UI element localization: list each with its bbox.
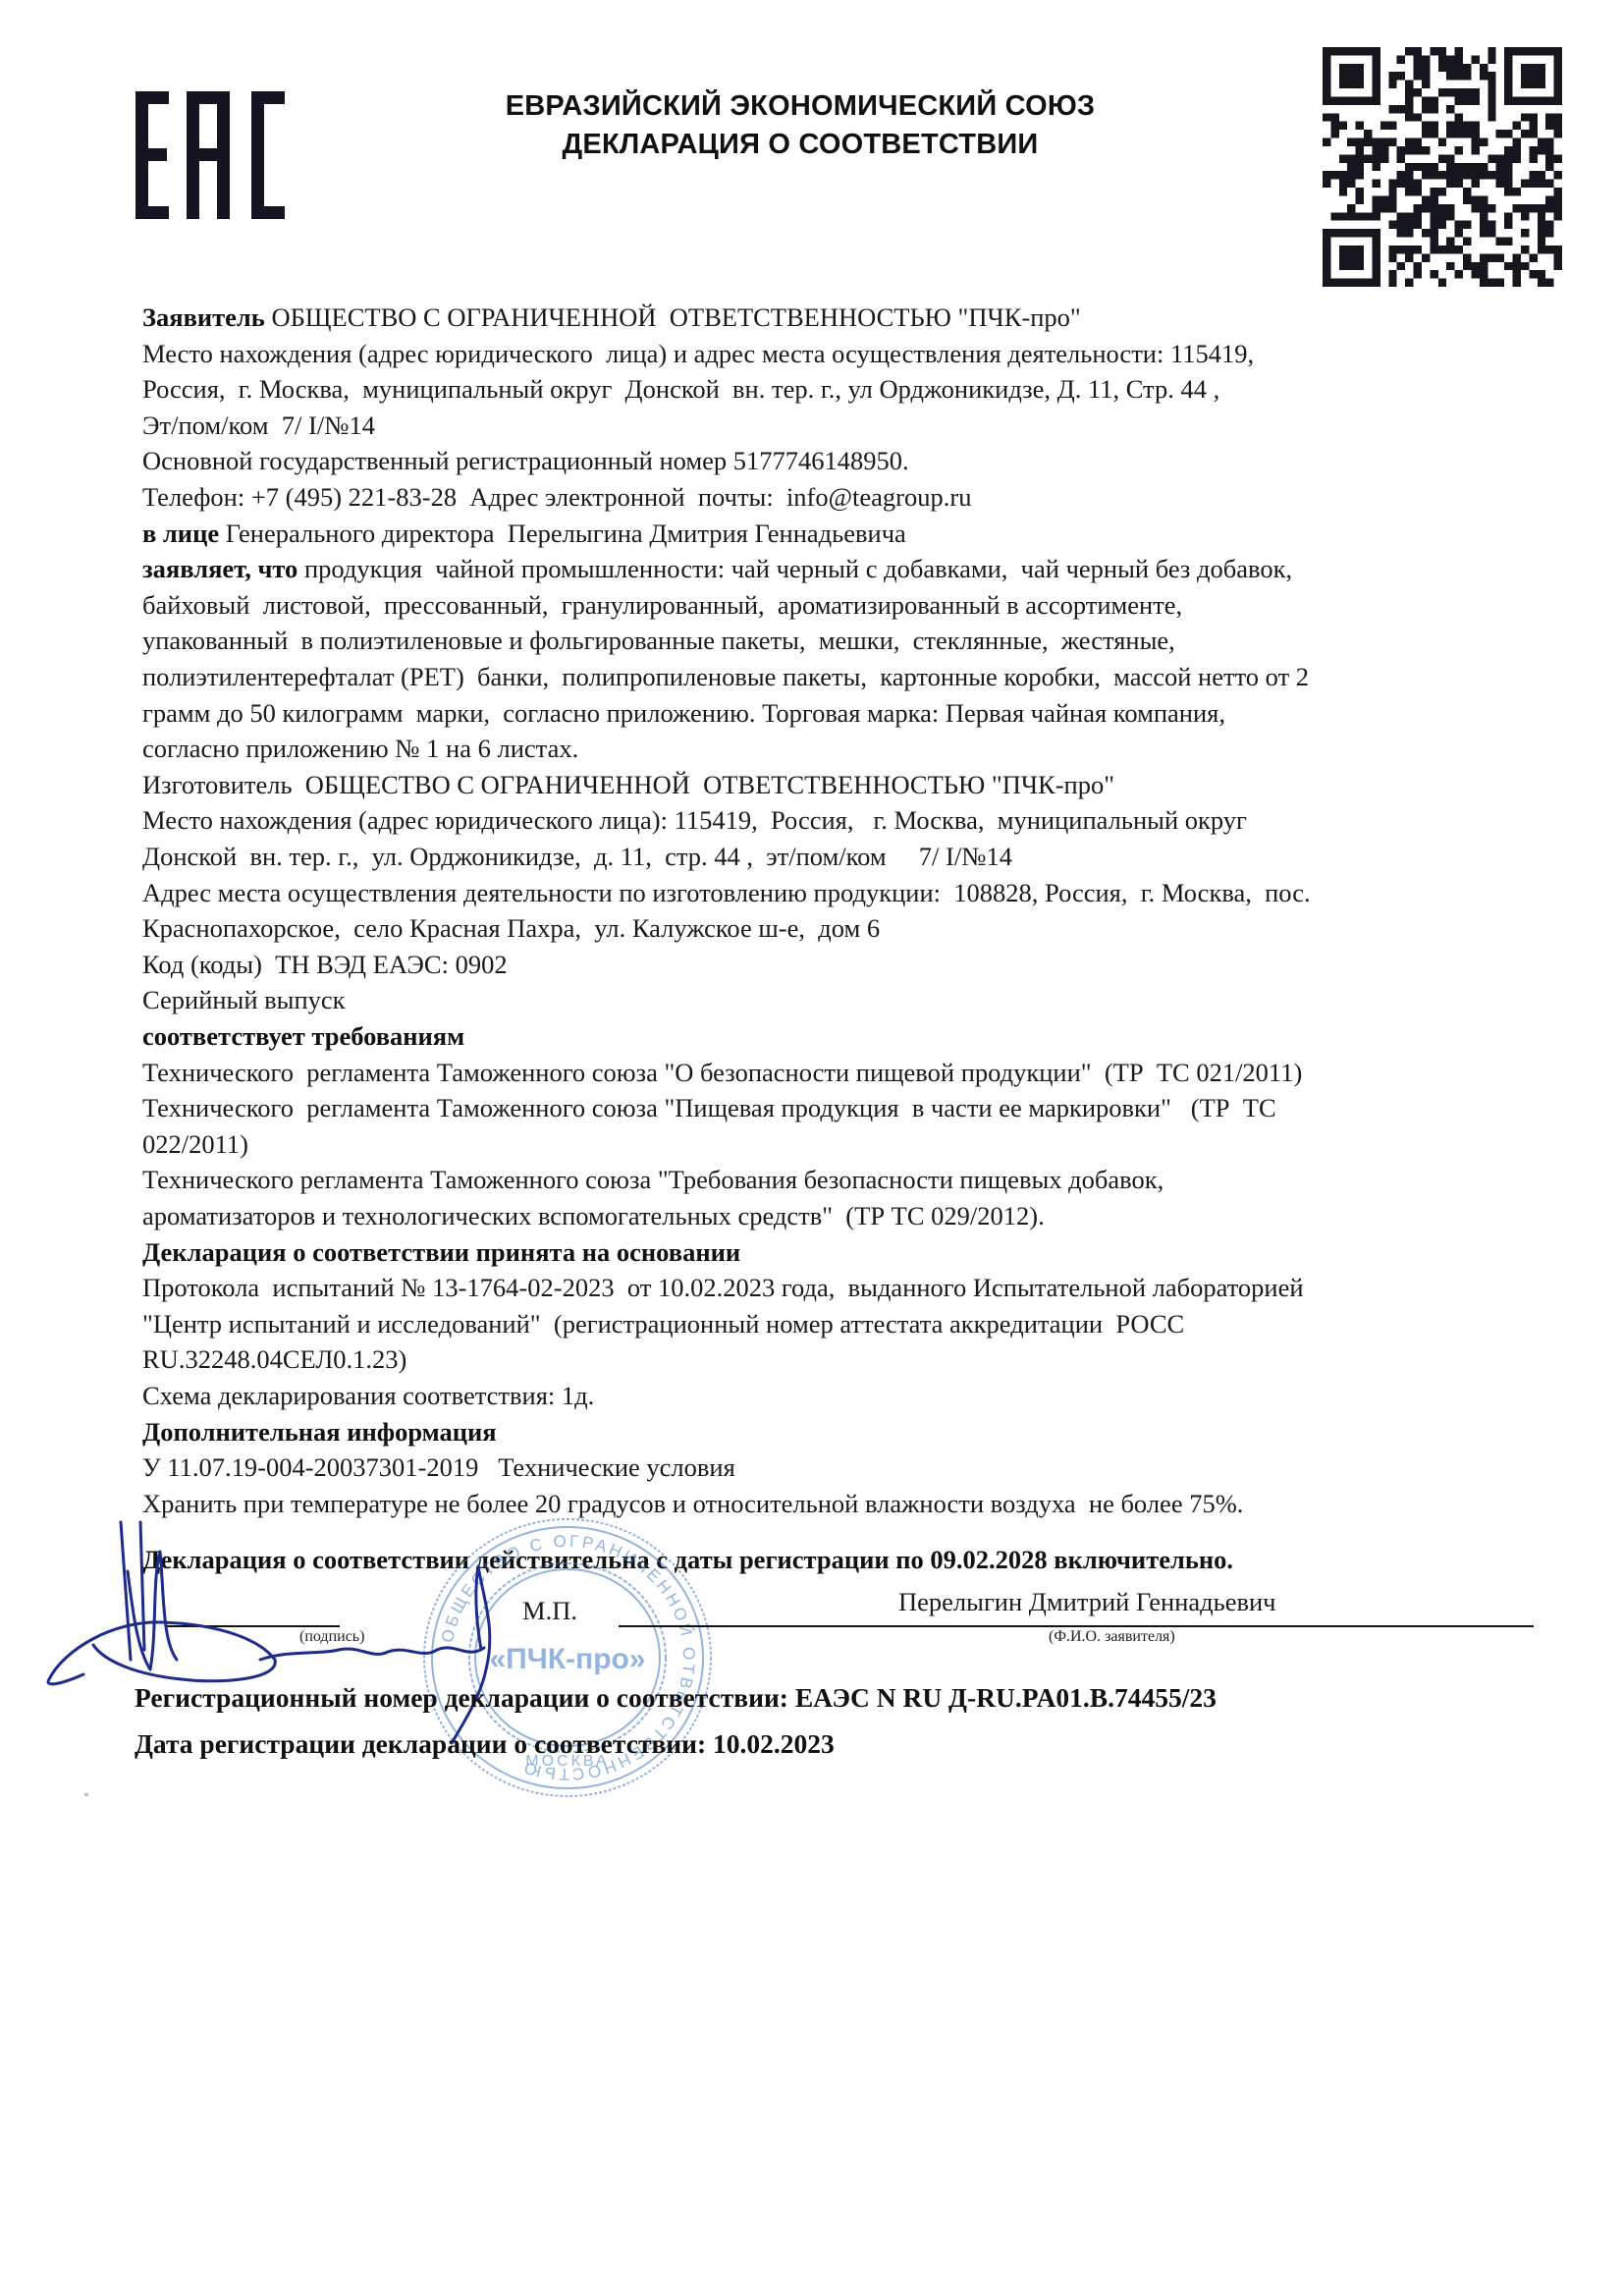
declaration-line-text: Донской вн. тер. г., ул. Орджоникидзе, д… — [142, 842, 1012, 871]
declaration-line-text: байховый листовой, прессованный, гранули… — [142, 590, 1182, 620]
registration-number-label: Регистрационный номер декларации о соотв… — [135, 1682, 788, 1713]
declaration-line-text: Место нахождения (адрес юридического лиц… — [142, 339, 1254, 368]
declaration-line-heading: Дополнительная информация — [142, 1417, 497, 1447]
header-title-declaration: ДЕКЛАРАЦИЯ О СООТВЕТСТВИИ — [432, 129, 1168, 161]
declaration-line: Основной государственный регистрационный… — [142, 446, 909, 475]
registration-date-value: 10.02.2023 — [713, 1728, 835, 1759]
declaration-line-text: Адрес места осуществления деятельности п… — [142, 878, 1311, 907]
declaration-line: Краснопахорское, село Красная Пахра, ул.… — [142, 913, 880, 943]
declaration-line: Заявитель ОБЩЕСТВО С ОГРАНИЧЕННОЙ ОТВЕТС… — [142, 302, 1081, 332]
declaration-line-text: полиэтилентерефталат (РЕТ) банки, полипр… — [142, 662, 1309, 691]
declaration-line-text: Россия, г. Москва, муниципальный округ Д… — [142, 374, 1219, 404]
declaration-line: Место нахождения (адрес юридического лиц… — [142, 339, 1254, 368]
declaration-line-heading: соответствует требованиям — [142, 1021, 464, 1051]
eac-logo-icon — [135, 91, 285, 219]
declaration-line-text: Код (коды) ТН ВЭД ЕАЭС: 0902 — [142, 950, 508, 979]
declaration-line: Эт/пом/ком 7/ I/№14 — [142, 410, 375, 440]
declaration-line: грамм до 50 килограмм марки, согласно пр… — [142, 698, 1225, 728]
declaration-line-text: ароматизаторов и технологических вспомог… — [142, 1201, 1045, 1230]
scan-speck — [84, 1793, 88, 1796]
declaration-line: RU.32248.04СЕЛ0.1.23) — [142, 1344, 406, 1374]
declaration-line-text: Телефон: +7 (495) 221-83-28 Адрес электр… — [142, 482, 971, 512]
declaration-line: упакованный в полиэтиленовые и фольгиров… — [142, 626, 1175, 655]
applicant-name-line — [619, 1625, 1534, 1627]
handwritten-signature-icon — [34, 1512, 663, 1758]
declaration-line: Место нахождения (адрес юридического лиц… — [142, 805, 1247, 835]
declaration-line-heading: заявляет, что — [142, 554, 298, 583]
declaration-line-text: Основной государственный регистрационный… — [142, 446, 909, 475]
declaration-line: "Центр испытаний и исследований" (регист… — [142, 1309, 1184, 1339]
declaration-line-text: грамм до 50 килограмм марки, согласно пр… — [142, 698, 1225, 728]
declaration-line-text: ОБЩЕСТВО С ОГРАНИЧЕННОЙ ОТВЕТСТВЕННОСТЬЮ… — [265, 302, 1081, 332]
applicant-caption: (Ф.И.О. заявителя) — [1049, 1628, 1175, 1646]
registration-number: Регистрационный номер декларации о соотв… — [135, 1682, 1217, 1714]
declaration-line-text: Серийный выпуск — [142, 985, 346, 1014]
declaration-line-text: упакованный в полиэтиленовые и фольгиров… — [142, 626, 1175, 655]
declaration-line-text: Технического регламента Таможенного союз… — [142, 1093, 1276, 1122]
declaration-line: Декларация о соответствии принята на осн… — [142, 1237, 740, 1267]
declaration-line-text: Краснопахорское, село Красная Пахра, ул.… — [142, 913, 880, 943]
declaration-line-text: Изготовитель ОБЩЕСТВО С ОГРАНИЧЕННОЙ ОТВ… — [142, 770, 1114, 799]
declaration-line-text: Место нахождения (адрес юридического лиц… — [142, 805, 1247, 835]
declaration-line: заявляет, что продукция чайной промышлен… — [142, 554, 1292, 583]
declaration-line: Серийный выпуск — [142, 985, 346, 1014]
registration-number-value: ЕАЭС N RU Д-RU.PA01.B.74455/23 — [795, 1682, 1217, 1713]
declaration-line: ароматизаторов и технологических вспомог… — [142, 1201, 1045, 1230]
declaration-line-heading: Декларация о соответствии принята на осн… — [142, 1237, 740, 1267]
declaration-line-text: 022/2011) — [142, 1129, 248, 1159]
declaration-line-text: Эт/пом/ком 7/ I/№14 — [142, 410, 375, 440]
declaration-line: Схема декларирования соответствия: 1д. — [142, 1381, 594, 1410]
declaration-line: У 11.07.19-004-20037301-2019 Технические… — [142, 1452, 735, 1482]
declaration-line-text: Технического регламента Таможенного союз… — [142, 1165, 1163, 1194]
declaration-line-text: Технического регламента Таможенного союз… — [142, 1058, 1302, 1087]
declaration-line: согласно приложению № 1 на 6 листах. — [142, 734, 578, 763]
declaration-line: Адрес места осуществления деятельности п… — [142, 878, 1311, 907]
declaration-line: Код (коды) ТН ВЭД ЕАЭС: 0902 — [142, 950, 508, 979]
declaration-line-text: продукция чайной промышленности: чай чер… — [298, 554, 1292, 583]
qr-code-icon[interactable] — [1323, 47, 1562, 287]
declaration-line: Россия, г. Москва, муниципальный округ Д… — [142, 374, 1219, 404]
declaration-line-text: Протокола испытаний № 13-1764-02-2023 от… — [142, 1273, 1304, 1302]
declaration-line-heading: в лице — [142, 519, 219, 548]
declaration-line: Изготовитель ОБЩЕСТВО С ОГРАНИЧЕННОЙ ОТВ… — [142, 770, 1114, 799]
declaration-line: Телефон: +7 (495) 221-83-28 Адрес электр… — [142, 482, 971, 512]
declaration-line: 022/2011) — [142, 1129, 248, 1159]
applicant-name: Перелыгин Дмитрий Геннадьевич — [898, 1587, 1276, 1616]
header-title-union: ЕВРАЗИЙСКИЙ ЭКОНОМИЧЕСКИЙ СОЮЗ — [432, 90, 1168, 123]
declaration-line: Дополнительная информация — [142, 1417, 497, 1447]
registration-date: Дата регистрации декларации о соответств… — [135, 1728, 835, 1760]
declaration-line: Донской вн. тер. г., ул. Орджоникидзе, д… — [142, 842, 1012, 871]
declaration-line-text: RU.32248.04СЕЛ0.1.23) — [142, 1344, 406, 1374]
declaration-line: байховый листовой, прессованный, гранули… — [142, 590, 1182, 620]
declaration-line-text: Схема декларирования соответствия: 1д. — [142, 1381, 594, 1410]
declaration-line-text: Генерального директора Перелыгина Дмитри… — [219, 519, 906, 548]
declaration-line: Технического регламента Таможенного союз… — [142, 1165, 1163, 1194]
declaration-line: в лице Генерального директора Перелыгина… — [142, 519, 906, 548]
declaration-line-text: У 11.07.19-004-20037301-2019 Технические… — [142, 1452, 735, 1482]
declaration-line: соответствует требованиям — [142, 1021, 464, 1051]
declaration-line: полиэтилентерефталат (РЕТ) банки, полипр… — [142, 662, 1309, 691]
declaration-line: Технического регламента Таможенного союз… — [142, 1093, 1276, 1122]
declaration-line-text: согласно приложению № 1 на 6 листах. — [142, 734, 578, 763]
declaration-line: Протокола испытаний № 13-1764-02-2023 от… — [142, 1273, 1304, 1302]
declaration-line: Технического регламента Таможенного союз… — [142, 1058, 1302, 1087]
registration-date-label: Дата регистрации декларации о соответств… — [135, 1728, 706, 1759]
declaration-line-heading: Заявитель — [142, 302, 265, 332]
declaration-line-text: "Центр испытаний и исследований" (регист… — [142, 1309, 1184, 1339]
